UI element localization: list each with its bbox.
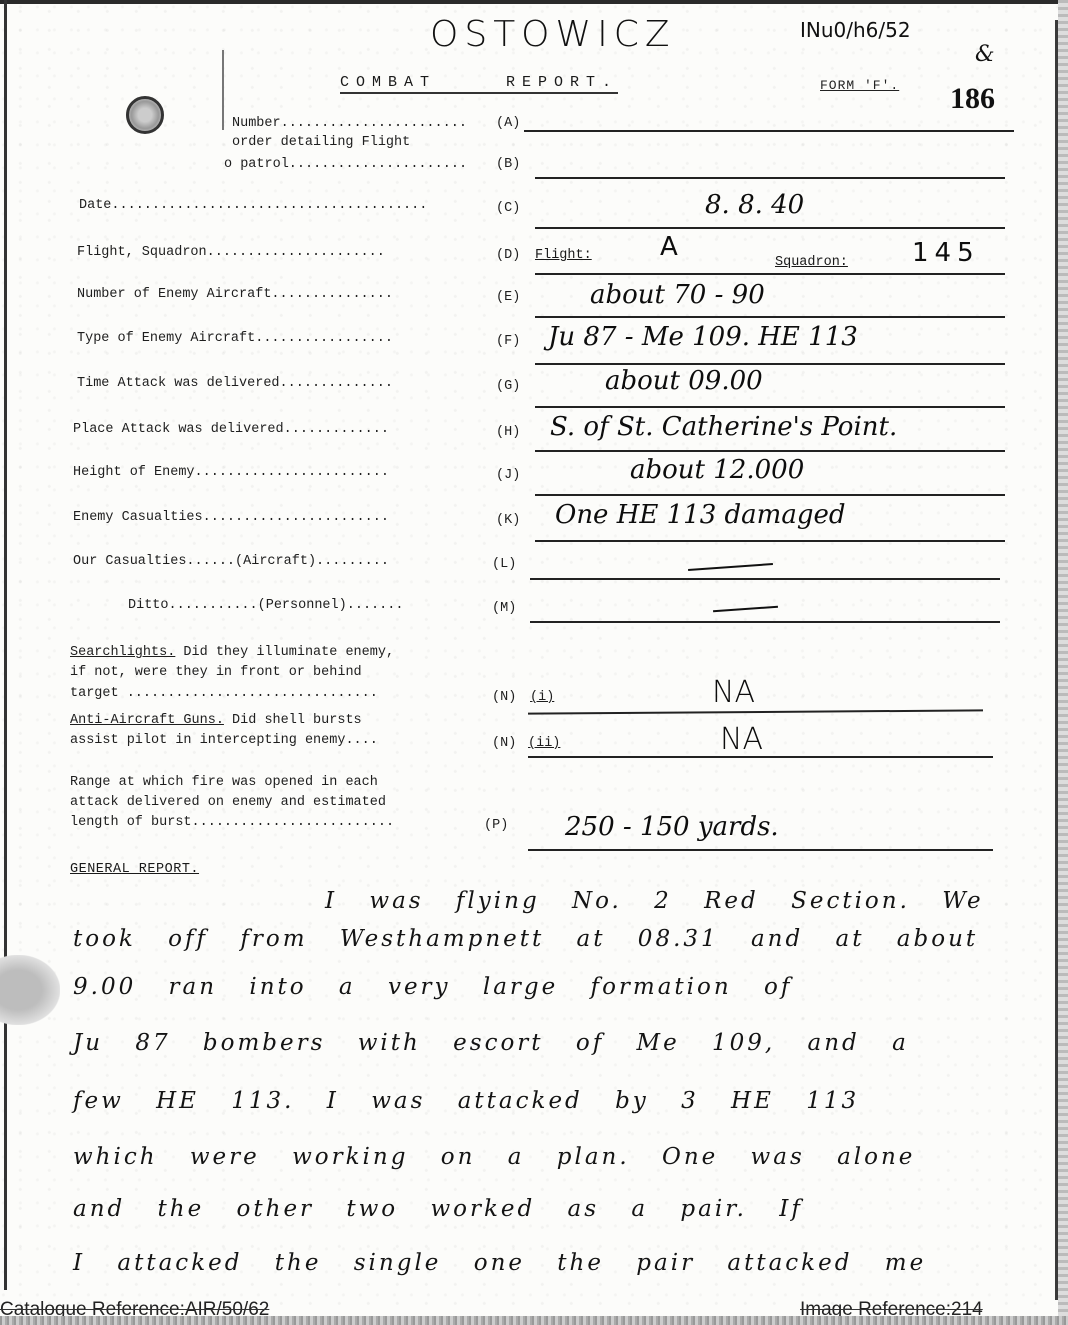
field-code-l: (L) xyxy=(492,557,516,572)
field-label-place: Place Attack was delivered............. xyxy=(73,422,389,437)
field-value-enemy-number: about 70 - 90 xyxy=(590,280,765,310)
field-value-range: 250 - 150 yards. xyxy=(565,812,779,842)
field-code-p: (P) xyxy=(484,818,508,833)
field-label-range-2: attack delivered on enemy and estimated xyxy=(70,795,386,810)
field-line-p xyxy=(528,849,993,851)
page-number: 186 xyxy=(950,82,995,116)
field-label-range-3: length of burst......................... xyxy=(70,815,394,830)
report-line: I was flying No. 2 Red Section. We xyxy=(325,888,984,914)
field-code-m: (M) xyxy=(492,601,516,616)
report-title: COMBATREPORT. xyxy=(340,74,618,94)
field-value-our-casualties-aircraft xyxy=(688,563,773,571)
scan-edge-bottom xyxy=(0,1316,1068,1325)
field-label-time: Time Attack was delivered.............. xyxy=(77,376,393,391)
field-label-our-casualties-personnel: Ditto...........(Personnel)....... xyxy=(128,598,403,613)
field-line-n-i xyxy=(528,709,983,714)
field-value-time: about 09.00 xyxy=(605,366,763,396)
field-line-h xyxy=(535,450,1005,452)
field-code-g: (G) xyxy=(496,379,520,394)
field-line-l xyxy=(530,578,1000,580)
field-line-j xyxy=(535,494,1005,496)
field-line-d xyxy=(535,273,1005,275)
field-value-searchlights: NA xyxy=(712,675,755,710)
field-label-anti-aircraft: Anti-Aircraft Guns. Did shell bursts xyxy=(70,713,362,728)
pilot-name: OSTOWICZ xyxy=(430,14,676,55)
scan-edge xyxy=(1058,0,1068,1325)
report-line: I attacked the single one the pair attac… xyxy=(73,1250,926,1276)
page-border-top xyxy=(0,0,1068,4)
field-line-b xyxy=(535,177,1005,179)
field-value-enemy-casualties: One HE 113 damaged xyxy=(555,500,846,530)
squadron-label: Squadron: xyxy=(775,255,848,270)
torn-paper-edge xyxy=(0,955,60,1025)
field-line-k xyxy=(535,540,1005,542)
field-line-e xyxy=(535,316,1005,318)
stamp-icon xyxy=(126,96,164,134)
field-label-searchlights: Searchlights. Did they illuminate enemy, xyxy=(70,645,394,660)
form-id: FORM 'F'. xyxy=(820,78,899,93)
field-value-date: 8. 8. 40 xyxy=(705,190,804,220)
field-value-place: S. of St. Catherine's Point. xyxy=(550,412,897,442)
field-sub-i: (i) xyxy=(530,690,554,705)
page-border-left xyxy=(4,0,7,1290)
field-label-enemy-casualties: Enemy Casualties....................... xyxy=(73,510,389,525)
initials-mark: & xyxy=(975,42,995,67)
report-line: which were working on a plan. One was al… xyxy=(73,1144,915,1170)
report-title-left: COMBAT xyxy=(340,74,436,91)
report-title-right: REPORT. xyxy=(506,74,618,91)
field-value-anti-aircraft: NA xyxy=(720,722,763,757)
field-label-patrol: o patrol...................... xyxy=(224,157,467,172)
squadron-value: 145 xyxy=(912,238,980,268)
field-line-g xyxy=(535,406,1005,408)
field-label-order: order detailing Flight xyxy=(232,135,410,150)
field-line-a xyxy=(524,130,1014,132)
field-code-n-i: (N) xyxy=(492,690,516,705)
field-line-f xyxy=(535,363,1005,365)
report-line: took off from Westhampnett at 08.31 and … xyxy=(73,926,978,952)
flight-value: A xyxy=(660,232,678,262)
field-code-b: (B) xyxy=(496,157,520,172)
report-line: few HE 113. I was attacked by 3 HE 113 xyxy=(73,1088,859,1114)
field-code-n-ii: (N) xyxy=(492,736,516,751)
field-label-enemy-number: Number of Enemy Aircraft............... xyxy=(77,287,393,302)
field-value-our-casualties-personnel xyxy=(713,606,778,613)
field-line-c xyxy=(535,227,1005,229)
header-rule xyxy=(222,50,224,130)
field-code-k: (K) xyxy=(496,513,520,528)
field-label-searchlights-3: target ............................... xyxy=(70,686,378,701)
report-line: 9.00 ran into a very large formation of xyxy=(73,974,792,1000)
general-report-heading: GENERAL REPORT. xyxy=(70,862,199,877)
field-sub-ii: (ii) xyxy=(528,736,560,751)
report-line: Ju 87 bombers with escort of Me 109, and… xyxy=(73,1030,909,1056)
field-label-our-casualties-aircraft: Our Casualties......(Aircraft)......... xyxy=(73,554,389,569)
field-code-j: (J) xyxy=(496,468,520,483)
field-value-enemy-type: Ju 87 - Me 109. HE 113 xyxy=(548,322,858,352)
reference-code: INu0/h6/52 xyxy=(800,18,911,42)
field-label-anti-aircraft-2: assist pilot in intercepting enemy.... xyxy=(70,733,378,748)
field-label-enemy-type: Type of Enemy Aircraft................. xyxy=(77,331,393,346)
field-label-date: Date....................................… xyxy=(79,198,427,213)
field-label-height: Height of Enemy........................ xyxy=(73,465,389,480)
report-line: and the other two worked as a pair. If xyxy=(73,1196,803,1222)
field-code-a: (A) xyxy=(496,116,520,131)
field-code-c: (C) xyxy=(496,201,520,216)
field-value-height: about 12.000 xyxy=(630,455,804,485)
field-label-searchlights-2: if not, were they in front or behind xyxy=(70,665,362,680)
field-line-n-ii xyxy=(528,756,993,758)
field-label-flight-squadron: Flight, Squadron...................... xyxy=(77,245,385,260)
field-code-f: (F) xyxy=(496,334,520,349)
flight-label: Flight: xyxy=(535,248,592,263)
field-code-h: (H) xyxy=(496,425,520,440)
field-label-range: Range at which fire was opened in each xyxy=(70,775,378,790)
field-label-number: Number....................... xyxy=(232,116,467,131)
field-code-e: (E) xyxy=(496,290,520,305)
document-page: OSTOWICZ INu0/h6/52 & COMBATREPORT. FORM… xyxy=(0,0,1068,1325)
field-code-d: (D) xyxy=(496,248,520,263)
field-line-m xyxy=(530,621,1000,623)
